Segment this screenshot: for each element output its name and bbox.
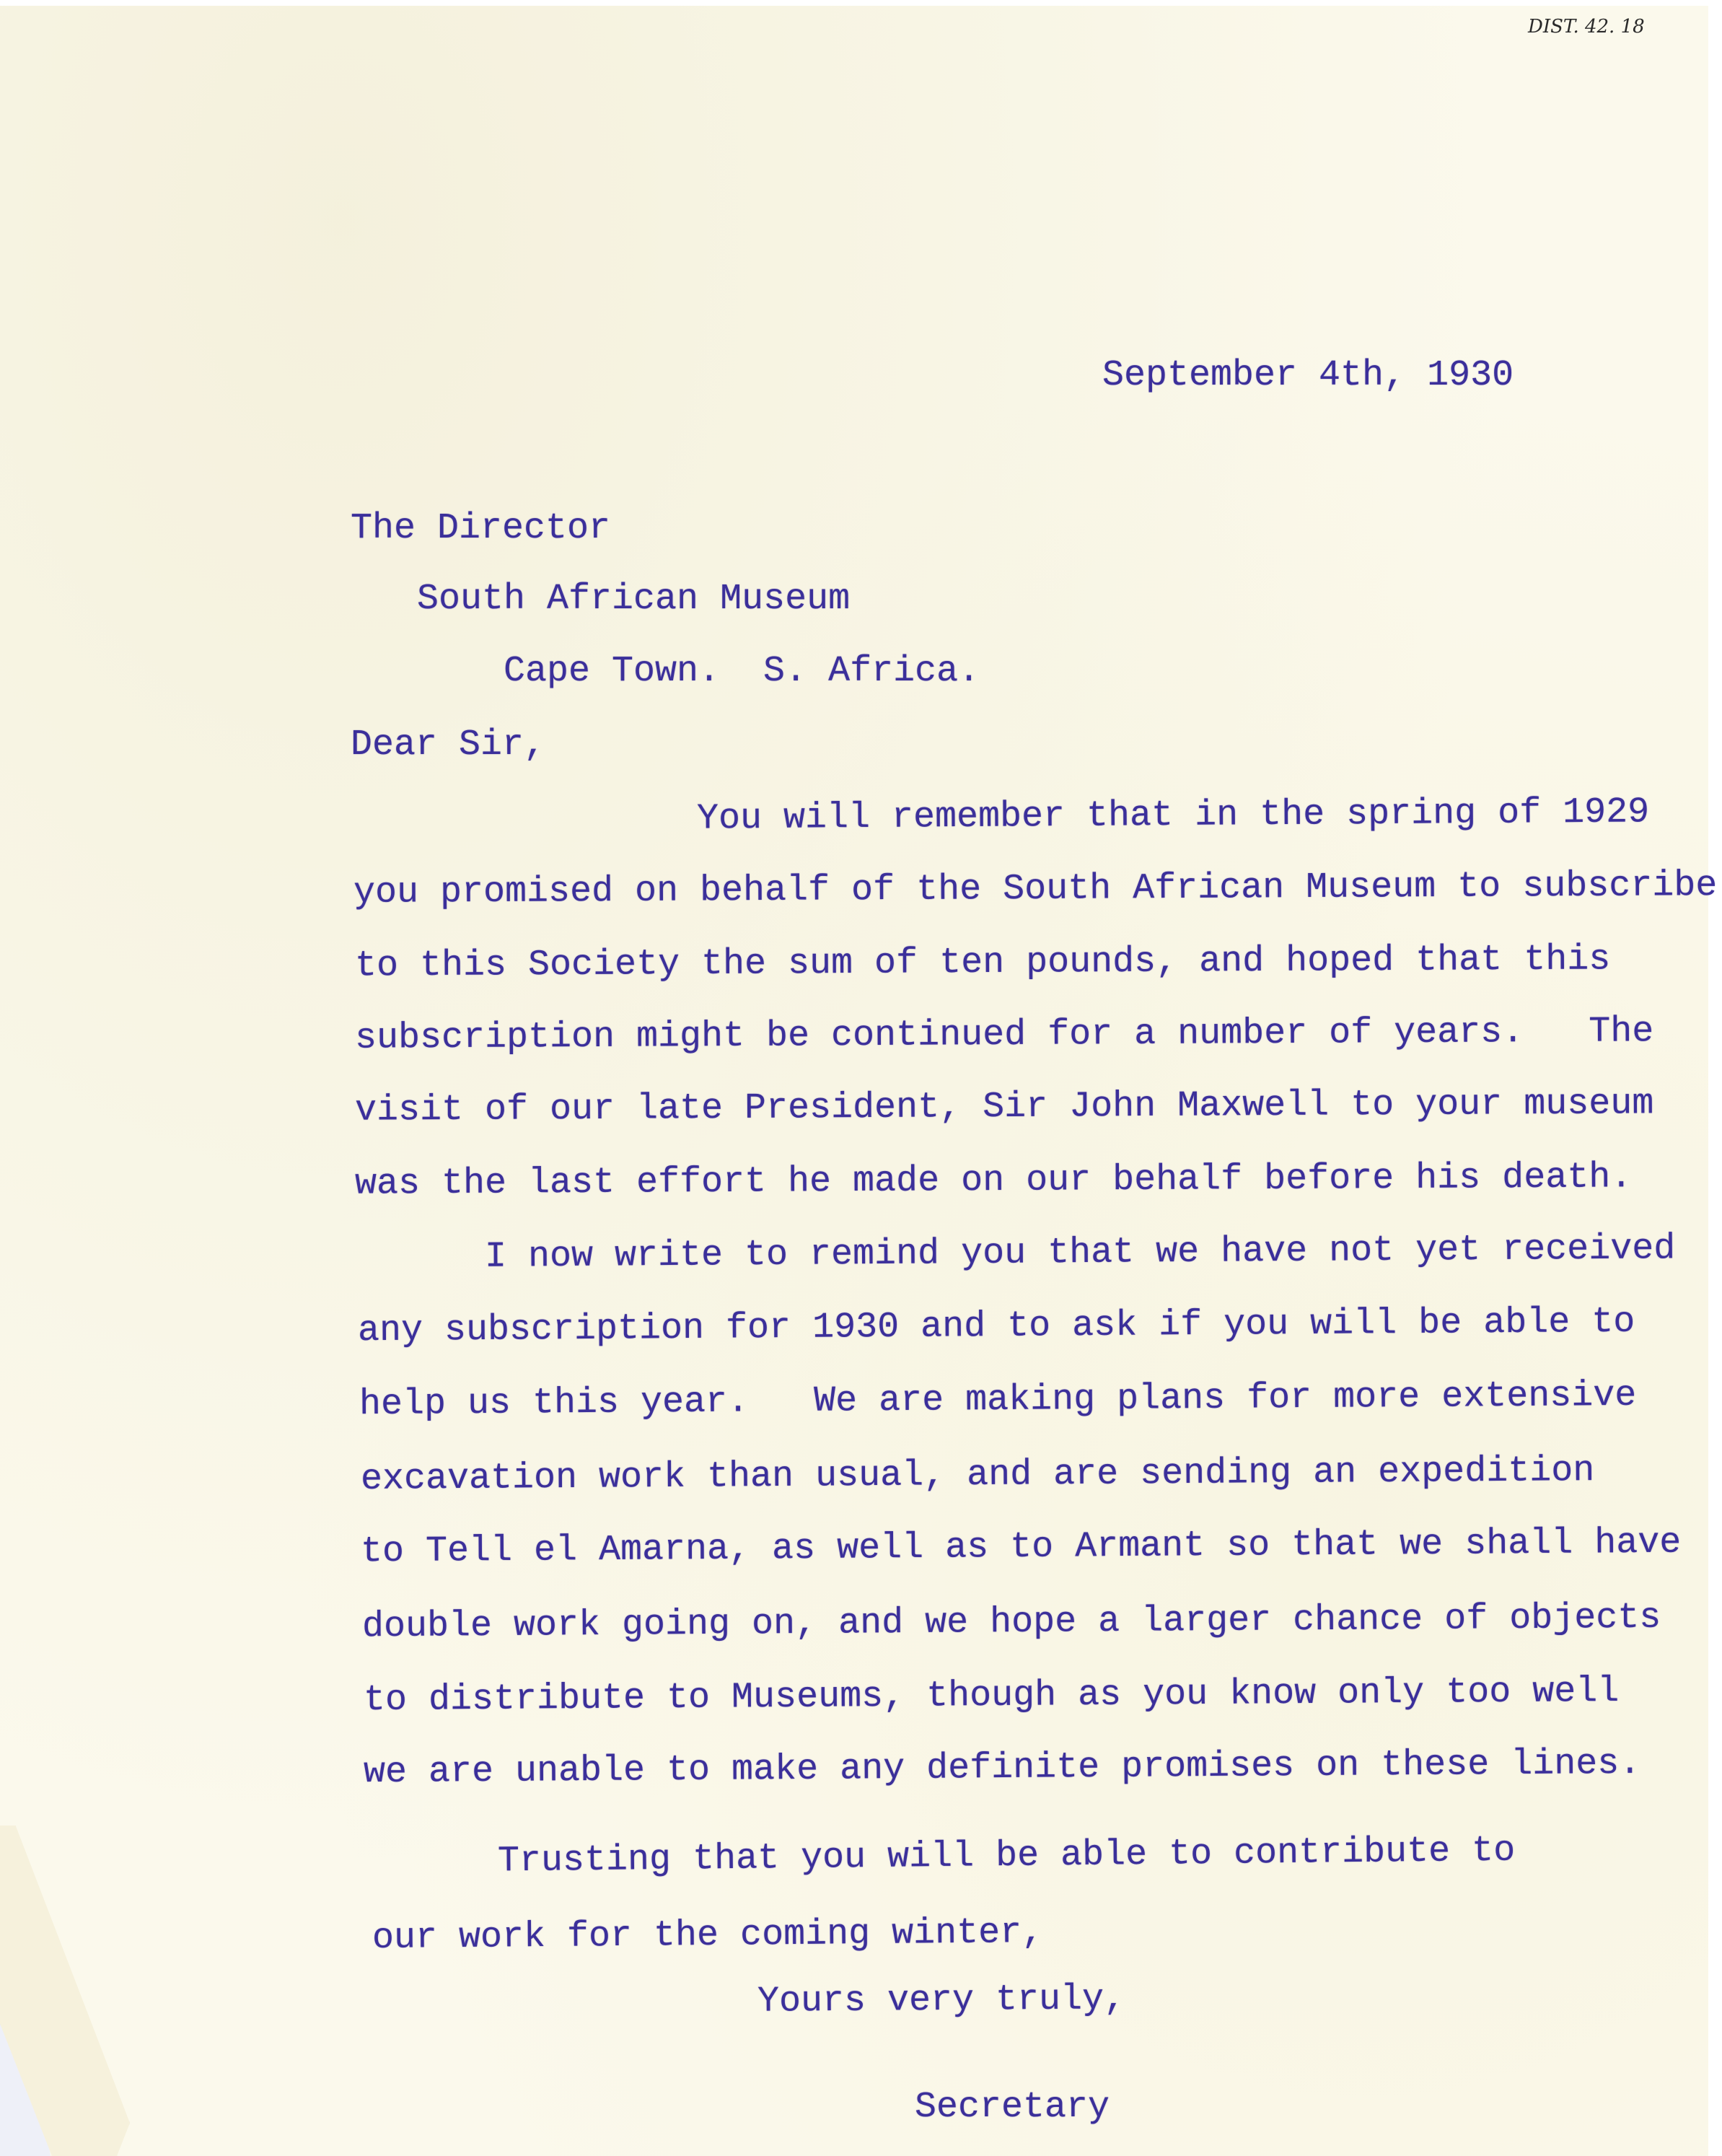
recipient-line-3: Cape Town. S. Africa. bbox=[504, 654, 980, 690]
paragraph-2-line-1: I now write to remind you that we have n… bbox=[485, 1231, 1676, 1276]
paragraph-2-line-2: any subscription for 1930 and to ask if … bbox=[358, 1305, 1635, 1349]
paragraph-3-line-2: our work for the coming winter, bbox=[372, 1915, 1044, 1957]
signature-title: Secretary bbox=[915, 2090, 1110, 2126]
paragraph-2-line-5: to Tell el Amarna, as well as to Armant … bbox=[361, 1525, 1682, 1571]
paragraph-1-line-6: was the last effort he made on our behal… bbox=[355, 1160, 1633, 1202]
paragraph-1-line-2: you promised on behalf of the South Afri… bbox=[353, 868, 1718, 911]
paragraph-2-line-4: excavation work than usual, and are send… bbox=[361, 1453, 1595, 1498]
paragraph-3-line-1: Trusting that you will be able to contri… bbox=[498, 1833, 1516, 1880]
paragraph-1-line-4: subscription might be continued for a nu… bbox=[355, 1014, 1654, 1056]
paragraph-1-line-5: visit of our late President, Sir John Ma… bbox=[355, 1086, 1654, 1129]
archive-reference: DIST. 42. 18 bbox=[1528, 16, 1645, 38]
paragraph-2-line-6: double work going on, and we hope a larg… bbox=[362, 1600, 1661, 1646]
paragraph-1-line-1: You will remember that in the spring of … bbox=[697, 794, 1650, 837]
paragraph-2-line-3: help us this year. We are making plans f… bbox=[359, 1378, 1637, 1423]
paragraph-2-line-8: we are unable to make any definite promi… bbox=[364, 1746, 1641, 1791]
closing: Yours very truly, bbox=[757, 1981, 1125, 2020]
paragraph-2-line-7: to distribute to Museums, though as you … bbox=[364, 1674, 1620, 1719]
recipient-line-2: South African Museum bbox=[417, 582, 850, 618]
recipient-line-1: The Director bbox=[351, 511, 610, 547]
letter-date: September 4th, 1930 bbox=[1102, 358, 1514, 394]
salutation: Dear Sir, bbox=[351, 727, 545, 763]
paragraph-1-line-3: to this Society the sum of ten pounds, a… bbox=[355, 942, 1611, 984]
